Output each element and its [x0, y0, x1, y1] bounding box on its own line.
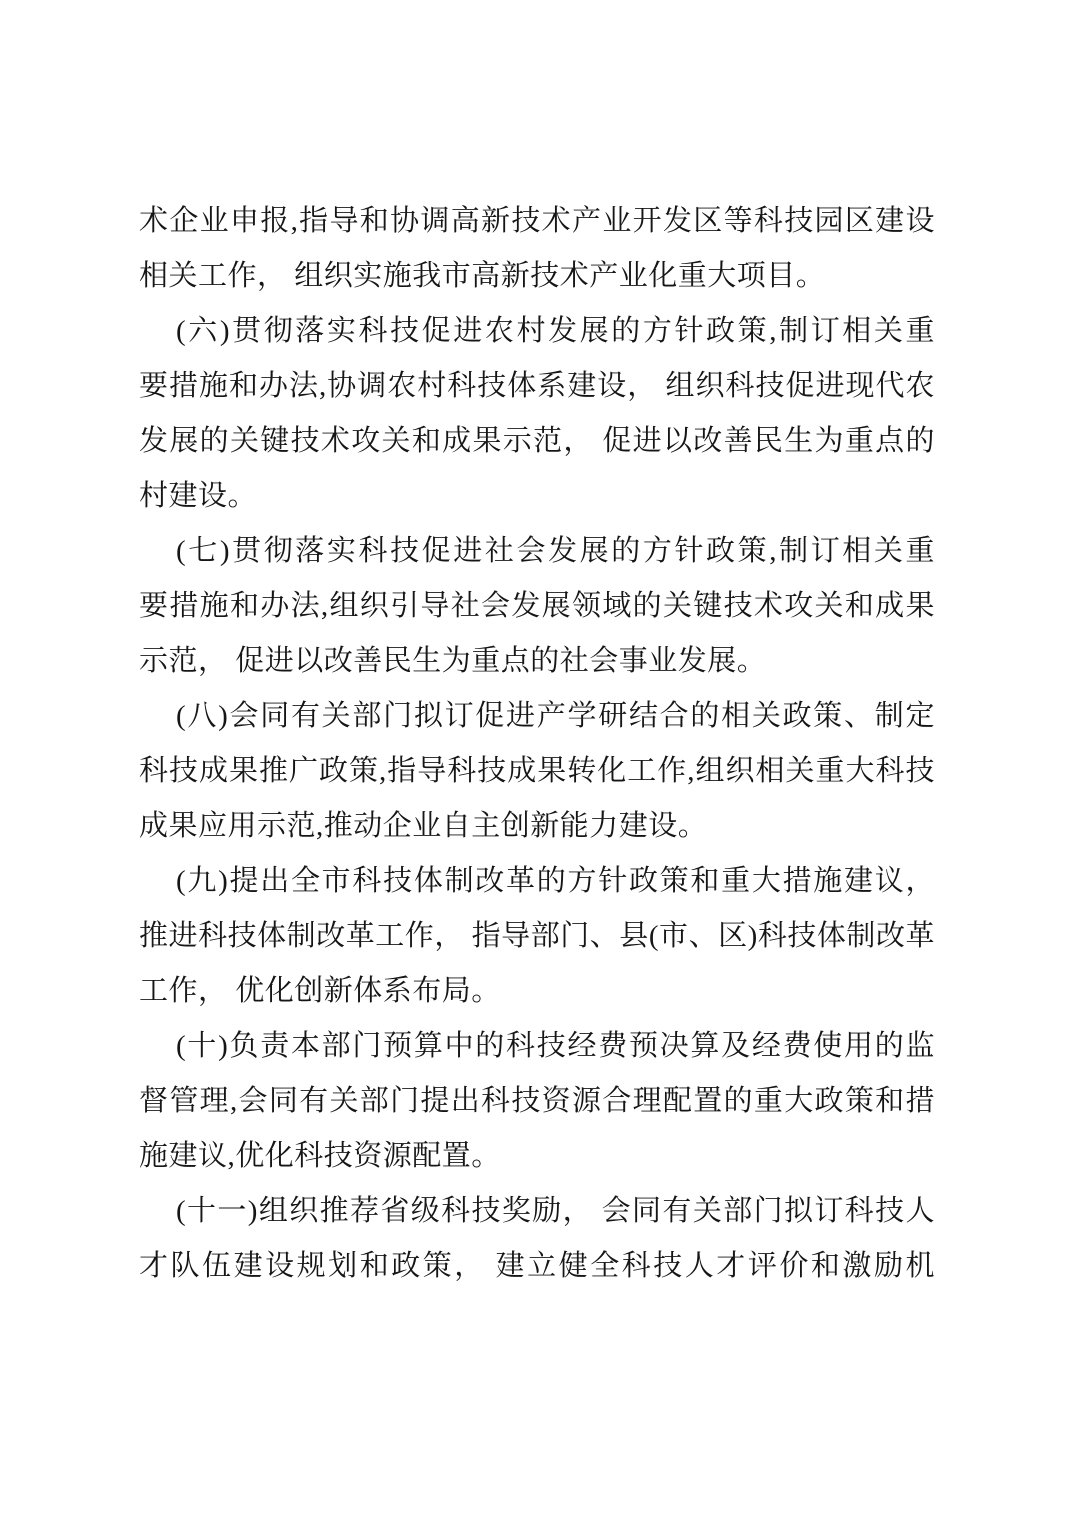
text-line: 相关工作， 组织实施我市高新技术产业化重大项目。 — [139, 249, 935, 304]
text-line: (六)贯彻落实科技促进农村发展的方针政策,制订相关重 — [139, 304, 935, 359]
text-line: 科技成果推广政策,指导科技成果转化工作,组织相关重大科技 — [139, 744, 935, 799]
text-line: (八)会同有关部门拟订促进产学研结合的相关政策、制定 — [139, 689, 935, 744]
text-line: 发展的关键技术攻关和成果示范， 促进以改善民生为重点的农 — [139, 414, 935, 469]
text-line: (九)提出全市科技体制改革的方针政策和重大措施建议， — [139, 854, 935, 909]
text-line: (十)负责本部门预算中的科技经费预决算及经费使用的监 — [139, 1019, 935, 1074]
text-line: 推进科技体制改革工作， 指导部门、县(市、区)科技体制改革 — [139, 909, 935, 964]
text-line: (十一)组织推荐省级科技奖励， 会同有关部门拟订科技人 — [139, 1184, 935, 1239]
document-page: 术企业申报,指导和协调高新技术产业开发区等科技园区建设相关工作， 组织实施我市高… — [0, 0, 1074, 1520]
text-line: (七)贯彻落实科技促进社会发展的方针政策,制订相关重 — [139, 524, 935, 579]
text-line: 工作， 优化创新体系布局。 — [139, 964, 935, 1019]
text-line: 督管理,会同有关部门提出科技资源合理配置的重大政策和措 — [139, 1074, 935, 1129]
text-line: 施建议,优化科技资源配置。 — [139, 1129, 935, 1184]
text-line: 才队伍建设规划和政策， 建立健全科技人才评价和激励机制， — [139, 1239, 935, 1294]
text-line: 成果应用示范,推动企业自主创新能力建设。 — [139, 799, 935, 854]
document-text: 术企业申报,指导和协调高新技术产业开发区等科技园区建设相关工作， 组织实施我市高… — [139, 194, 935, 1294]
text-line: 示范， 促进以改善民生为重点的社会事业发展。 — [139, 634, 935, 689]
text-line: 村建设。 — [139, 469, 935, 524]
text-line: 要措施和办法,组织引导社会发展领域的关键技术攻关和成果 — [139, 579, 935, 634]
text-line: 要措施和办法,协调农村科技体系建设， 组织科技促进现代农业 — [139, 359, 935, 414]
text-line: 术企业申报,指导和协调高新技术产业开发区等科技园区建设 — [139, 194, 935, 249]
